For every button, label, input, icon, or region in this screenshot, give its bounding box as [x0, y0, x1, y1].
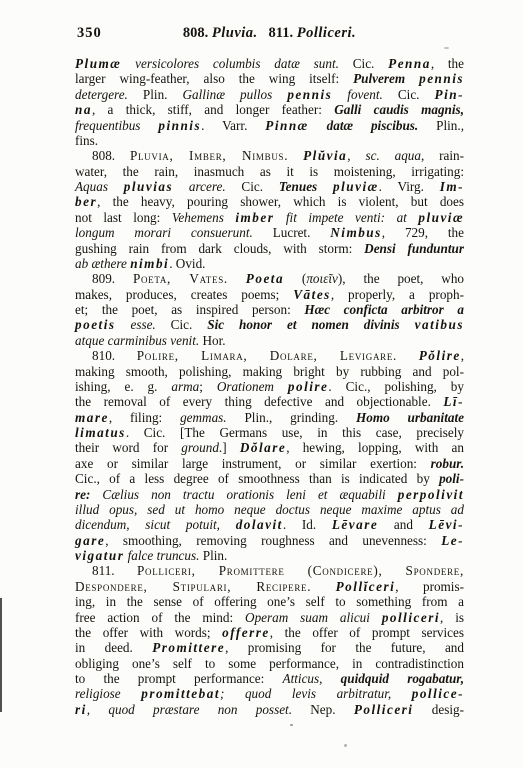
text-line: detergere. Plin. Gallinæ pullos pennis f…	[75, 87, 464, 102]
text-line: water, the rain, inasmuch as it is moist…	[75, 164, 464, 179]
text-run: vatibus	[415, 317, 464, 332]
text-run: Plin.	[199, 548, 227, 563]
page-number: 350	[77, 25, 102, 42]
text-run: Atticus,	[283, 671, 341, 686]
text-run: Galli caudis magnis,	[334, 102, 464, 117]
text-run: pollice-	[412, 686, 464, 701]
text-line: ishing, e. g. arma; Orationem polire. Ci…	[75, 379, 464, 394]
text-run: Hor.	[199, 333, 225, 348]
text-run: . Varr.	[201, 118, 265, 133]
text-line: ri, quod præstare non posset. Nep. Polli…	[75, 702, 464, 717]
text-run: et; the poet, as inspired person:	[75, 302, 304, 317]
running-title: 808. Pluvia. 811. Polliceri.	[75, 25, 464, 42]
text-run: ishing, e. g.	[75, 379, 171, 394]
text-run: Penna	[388, 56, 431, 71]
text-run: vigatur	[75, 548, 124, 563]
text-run: to the prompt performance:	[75, 671, 283, 686]
text-run: 811.	[92, 563, 137, 578]
text-run: falce truncus.	[124, 548, 199, 563]
text-run: Nep.	[292, 702, 354, 717]
text-run: Lēvi-	[429, 517, 464, 532]
text-run: in deed.	[75, 640, 152, 655]
text-run: axe or similar large instrument, or simi…	[75, 456, 431, 471]
text-line: to the prompt performance: Atticus, quid…	[75, 671, 464, 686]
text-line: their word for ground.] Dŏlare, hewing, …	[75, 440, 464, 455]
text-run: 808.	[92, 148, 130, 163]
text-run: Pinnæ	[265, 118, 308, 133]
text-run: ), the poet, who	[338, 271, 464, 286]
text-run: longum morari consuerunt.	[75, 225, 253, 240]
text-run: polliceri	[382, 610, 440, 625]
text-run: , smoothing, removing roughness and unev…	[105, 533, 441, 548]
text-run: Le-	[441, 533, 464, 548]
text-run: Poeta	[246, 271, 284, 286]
text-line: makes, produces, creates poems; Vātes, p…	[75, 287, 464, 302]
text-run: Dŏlare	[240, 440, 286, 455]
text-run	[258, 25, 269, 41]
text-run: ;	[220, 686, 245, 701]
text-run: Cic.	[156, 317, 208, 332]
text-run: ground	[181, 440, 219, 455]
text-line: in deed. Promittere, promising for the f…	[75, 640, 464, 655]
scan-speck	[290, 724, 293, 726]
text-run: Vātes	[293, 287, 331, 302]
text-run: dolavit	[236, 517, 283, 532]
text-run: Polliceri, Promittere (Condicere), Spond…	[137, 563, 464, 578]
text-run: offerre	[222, 625, 270, 640]
text-line: gushing rain from dark clouds, with stor…	[75, 241, 464, 256]
text-run: 811.	[269, 25, 297, 41]
text-run: Pulverem	[353, 71, 419, 86]
text-run: nimbi	[130, 256, 169, 271]
text-run: na	[75, 102, 92, 117]
text-run: pluvias	[124, 179, 173, 194]
text-run: Plin., grinding.	[227, 410, 356, 425]
text-run: illud opus, sed ut homo neque doctus neq…	[75, 502, 464, 517]
text-line: the removal of every thing defective and…	[75, 394, 464, 409]
text-line: axe or similar large instrument, or simi…	[75, 456, 464, 471]
paragraph: 809. Poeta, Vates. Poeta (ποιεῖν), the p…	[75, 271, 464, 348]
text-run: . Id.	[283, 517, 332, 532]
text-run: Poeta, Vates.	[133, 271, 228, 286]
text-run: Pluvia.	[212, 25, 258, 41]
text-block: Plumæ versicolores columbis datæ sunt. C…	[75, 56, 464, 717]
text-line: ing, in the sense of offering one’s self…	[75, 594, 464, 609]
text-run: Plŭvia	[303, 148, 347, 163]
text-run: Densi funduntur	[364, 241, 464, 256]
text-line: et; the poet, as inspired person: Hæc co…	[75, 302, 464, 317]
scanned-book-page: 350 808. Pluvia. 811. Polliceri. Plumæ v…	[0, 0, 523, 768]
text-line: limatus. Cic. [The Germans use, in this …	[75, 425, 464, 440]
text-run: , a thick, stiff, and longer feather:	[92, 102, 334, 117]
text-run: limatus	[75, 425, 126, 440]
text-run: Lucret.	[253, 225, 330, 240]
text-run: , the heavy, pouring shower, which is vi…	[97, 194, 464, 209]
text-run: . Cic. [The Germans use, in this case, p…	[126, 425, 464, 440]
text-run: pennis	[287, 87, 332, 102]
text-run: gare	[75, 533, 105, 548]
text-run: Tenues	[279, 179, 333, 194]
text-run: mare	[75, 410, 109, 425]
text-run: ber	[75, 194, 97, 209]
text-line: longum morari consuerunt. Lucret. Nimbus…	[75, 225, 464, 240]
text-line: making smooth, polishing, making bright …	[75, 364, 464, 379]
text-run: . Virg.	[379, 179, 440, 194]
scan-speck	[444, 47, 449, 49]
text-run: Sic honor et nomen divinis	[207, 317, 414, 332]
text-run	[228, 271, 246, 286]
text-run: . Ovid.	[169, 256, 205, 271]
text-line: larger wing-feather, also the wing itsel…	[75, 71, 464, 86]
text-run: desig-	[413, 702, 464, 717]
text-run: re:	[75, 487, 102, 502]
text-run: larger wing-feather, also the wing itsel…	[75, 71, 353, 86]
text-line: dicendum, sicut potuit, dolavit. Id. Lēv…	[75, 517, 464, 532]
text-run: , the	[431, 56, 464, 71]
text-run: religiose	[75, 686, 141, 701]
text-line: poetis esse. Cic. Sic honor et nomen div…	[75, 317, 464, 332]
text-run: poli-	[439, 471, 464, 486]
text-run: (	[284, 271, 306, 286]
paragraph: 811. Polliceri, Promittere (Condicere), …	[75, 563, 464, 717]
text-run: pluviæ	[418, 210, 464, 225]
paragraph: 810. Polire, Limara, Dolare, Levigare. P…	[75, 348, 464, 563]
text-run: Pluvia, Imber, Nimbus.	[130, 148, 288, 163]
text-run: Operam suam alicui	[245, 610, 382, 625]
text-line: 809. Poeta, Vates. Poeta (ποιεῖν), the p…	[75, 271, 464, 286]
text-run: polire	[288, 379, 329, 394]
text-run: not last long:	[75, 210, 172, 225]
text-run: Nimbus	[330, 225, 382, 240]
text-line: fins.	[75, 133, 464, 148]
text-run: the removal of every thing defective and…	[75, 394, 443, 409]
text-run: , 729, the	[382, 225, 464, 240]
text-run: arma	[171, 379, 199, 394]
text-run: sc. aqua	[365, 148, 421, 163]
text-line: 811. Polliceri, Promittere (Condicere), …	[75, 563, 464, 578]
text-run: the offer with words;	[75, 625, 222, 640]
text-run: , the offer of prompt services	[270, 625, 464, 640]
text-run: versicolores columbis datæ sunt.	[121, 56, 339, 71]
text-line: mare, filing: gemmas. Plin., grinding. H…	[75, 410, 464, 425]
text-run: ποιεῖν	[306, 271, 338, 286]
text-run: Plin.,	[418, 118, 464, 133]
text-run: , rain-	[421, 148, 464, 163]
text-run: free action of the mind:	[75, 610, 245, 625]
text-run: Cic.	[383, 87, 435, 102]
scan-speck	[344, 744, 347, 747]
text-run: pinnis	[158, 118, 201, 133]
text-run: robur.	[431, 456, 464, 471]
text-line: the offer with words; offerre, the offer…	[75, 625, 464, 640]
text-run: Aquas	[75, 179, 124, 194]
text-run: ,	[347, 148, 365, 163]
text-run: 809.	[92, 271, 133, 286]
text-run: Cic., of a less degree of smoothness tha…	[75, 471, 439, 486]
text-run: and	[378, 517, 428, 532]
text-run: Plumæ	[75, 56, 121, 71]
text-run: . Cic., polishing, by	[328, 379, 464, 394]
text-run: perpolivit	[398, 487, 464, 502]
page-header: 350 808. Pluvia. 811. Polliceri.	[75, 25, 464, 43]
text-run: frequentibus	[75, 118, 158, 133]
text-run: pluviæ	[333, 179, 379, 194]
text-run: Homo urbanitate	[356, 410, 464, 425]
scan-artifact-line	[0, 598, 2, 712]
text-line: re: Cælius non tractu orationis leni et …	[75, 487, 464, 502]
text-line: Plumæ versicolores columbis datæ sunt. C…	[75, 56, 464, 71]
text-run: fit impete venti: at	[274, 210, 418, 225]
text-line: not last long: Vehemens imber fit impete…	[75, 210, 464, 225]
text-run: pennis	[419, 71, 464, 86]
text-run: .]	[219, 440, 240, 455]
text-run: 810.	[92, 348, 137, 363]
text-run: water, the rain, inasmuch as it is moist…	[75, 164, 464, 179]
paragraph: Plumæ versicolores columbis datæ sunt. C…	[75, 56, 464, 148]
paragraph: 808. Pluvia, Imber, Nimbus. Plŭvia, sc. …	[75, 148, 464, 271]
text-run: their word for	[75, 440, 181, 455]
text-run: makes, produces, creates poems;	[75, 287, 293, 302]
text-run: poetis	[75, 317, 116, 332]
text-run: ,	[461, 348, 464, 363]
text-run: obliging one’s self to some performance,…	[75, 656, 464, 671]
text-run: Pollĭceri	[336, 579, 396, 594]
text-line: ber, the heavy, pouring shower, which is…	[75, 194, 464, 209]
text-line: illud opus, sed ut homo neque doctus neq…	[75, 502, 464, 517]
text-run: Gallinæ pullos	[183, 87, 288, 102]
text-run: imber	[235, 210, 274, 225]
text-run: quidquid rogabatur,	[341, 671, 464, 686]
text-run: , filing:	[109, 410, 180, 425]
text-run: Despondere, Stipulari, Recipere.	[75, 579, 311, 594]
text-run: Hæc conficta arbitror a	[304, 302, 464, 317]
text-run	[397, 348, 419, 363]
text-run: Polire, Limara, Dolare, Levigare.	[137, 348, 397, 363]
text-line: gare, smoothing, removing roughness and …	[75, 533, 464, 548]
text-run: Promittere	[152, 640, 225, 655]
text-run: fins.	[75, 133, 98, 148]
text-run: , properly, a proph-	[331, 287, 464, 302]
text-run: promittebat	[141, 686, 220, 701]
text-run: Lēvare	[332, 517, 378, 532]
text-line: ab æthere nimbi. Ovid.	[75, 256, 464, 271]
text-line: obliging one’s self to some performance,…	[75, 656, 464, 671]
text-line: Despondere, Stipulari, Recipere. Pollĭce…	[75, 579, 464, 594]
text-run: , hewing, lopping, with an	[286, 440, 464, 455]
text-run: Plin.	[128, 87, 183, 102]
text-run: esse.	[116, 317, 156, 332]
text-line: vigatur falce truncus. Plin.	[75, 548, 464, 563]
text-run: gemmas.	[180, 410, 227, 425]
text-run: ,	[87, 702, 109, 717]
text-line: 810. Polire, Limara, Dolare, Levigare. P…	[75, 348, 464, 363]
text-line: atque carminibus venit. Hor.	[75, 333, 464, 348]
text-run: ;	[199, 379, 217, 394]
text-line: free action of the mind: Operam suam ali…	[75, 610, 464, 625]
text-run: Polliceri.	[297, 25, 356, 41]
text-run: quod præstare non posset.	[108, 702, 292, 717]
text-run: arcere.	[173, 179, 226, 194]
text-run: 808.	[183, 25, 212, 41]
text-run: Vehemens	[172, 210, 236, 225]
text-run: Polliceri	[354, 702, 414, 717]
text-line: 808. Pluvia, Imber, Nimbus. Plŭvia, sc. …	[75, 148, 464, 163]
text-run	[311, 579, 335, 594]
text-run: fovent.	[332, 87, 383, 102]
text-line: Aquas pluvias arcere. Cic. Tenues pluviæ…	[75, 179, 464, 194]
text-run: Cic.	[339, 56, 388, 71]
text-run: Pŏlire	[419, 348, 461, 363]
text-run: , promising for the future, and	[225, 640, 464, 655]
text-run: detergere.	[75, 87, 128, 102]
text-run: ing, in the sense of offering one’s self…	[75, 594, 464, 609]
text-run: Orationem	[217, 379, 288, 394]
text-run: gushing rain from dark clouds, with stor…	[75, 241, 364, 256]
text-run	[288, 148, 303, 163]
text-run: Cic.	[226, 179, 279, 194]
text-run: atque carminibus venit.	[75, 333, 199, 348]
text-run: Im-	[440, 179, 464, 194]
text-line: Cic., of a less degree of smoothness tha…	[75, 471, 464, 486]
text-run: datæ piscibus.	[309, 118, 419, 133]
text-run: , promis-	[395, 579, 464, 594]
text-run: , is	[440, 610, 464, 625]
text-run: Cælius non tractu orationis leni et æqua…	[102, 487, 397, 502]
text-run: making smooth, polishing, making bright …	[75, 364, 464, 379]
text-line: frequentibus pinnis. Varr. Pinnæ datæ pi…	[75, 118, 464, 133]
text-line: religiose promittebat; quod levis arbitr…	[75, 686, 464, 701]
text-run: Pin-	[435, 87, 464, 102]
text-run: ab æthere	[75, 256, 130, 271]
text-run: quod levis arbitratur,	[245, 686, 412, 701]
text-run: ri	[75, 702, 87, 717]
text-line: na, a thick, stiff, and longer feather: …	[75, 102, 464, 117]
text-run: Lī-	[443, 394, 464, 409]
text-run: dicendum, sicut potuit,	[75, 517, 236, 532]
